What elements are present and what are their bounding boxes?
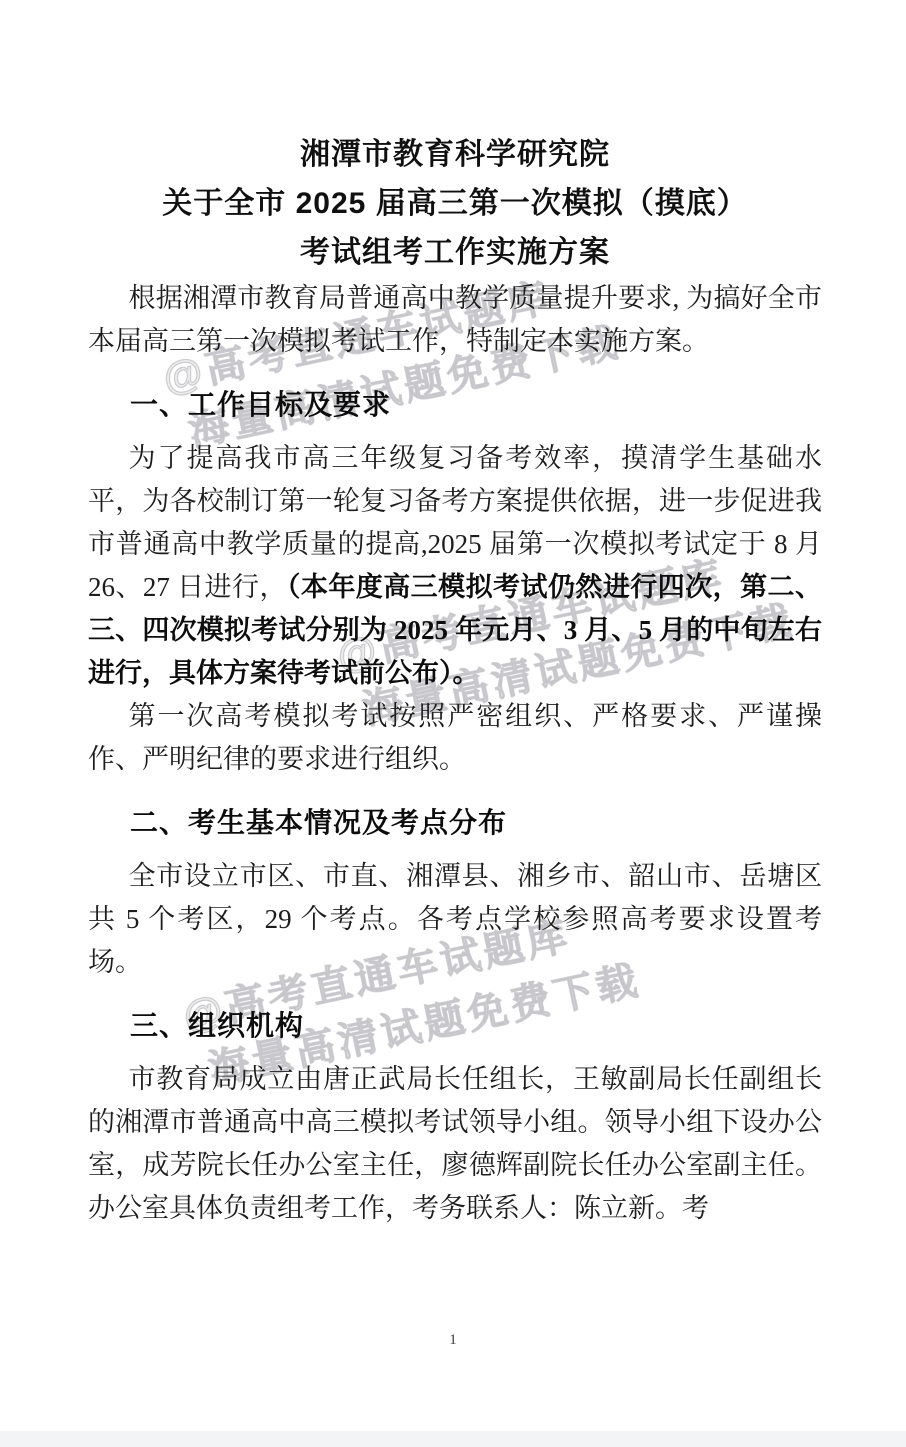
section1-paragraph-1: 为了提高我市高三年级复习备考效率，摸清学生基础水平，为各校制订第一轮复习备考方案… xyxy=(88,437,822,695)
section3-heading: 三、组织机构 xyxy=(88,1008,822,1044)
section2-heading: 二、考生基本情况及考点分布 xyxy=(88,805,822,841)
document-title: 湘潭市教育科学研究院 关于全市 2025 届高三第一次模拟（摸底） 考试组考工作… xyxy=(88,130,822,277)
title-line-3: 考试组考工作实施方案 xyxy=(88,228,822,277)
intro-paragraph: 根据湘潭市教育局普通高中教学质量提升要求, 为搞好全市本届高三第一次模拟考试工作… xyxy=(88,277,822,363)
section1-heading: 一、工作目标及要求 xyxy=(88,387,822,423)
section2-paragraph-1: 全市设立市区、市直、湘潭县、湘乡市、韶山市、岳塘区共 5 个考区，29 个考点。… xyxy=(88,855,822,984)
document-content: 湘潭市教育科学研究院 关于全市 2025 届高三第一次模拟（摸底） 考试组考工作… xyxy=(88,0,822,1230)
section3-paragraph-1: 市教育局成立由唐正武局长任组长，王敏副局长任副组长的湘潭市普通高中高三模拟考试领… xyxy=(88,1058,822,1230)
section1-paragraph-2: 第一次高考模拟考试按照严密组织、严格要求、严谨操作、严明纪律的要求进行组织。 xyxy=(88,695,822,781)
footer-bar xyxy=(0,1431,906,1447)
document-page: @高考直通车试题库 海量高清试题免费下载 @高考直通车试题库 海量高清试题免费下… xyxy=(0,0,906,1447)
title-line-1: 湘潭市教育科学研究院 xyxy=(88,130,822,179)
page-number: 1 xyxy=(0,1332,906,1349)
title-line-2: 关于全市 2025 届高三第一次模拟（摸底） xyxy=(88,179,822,228)
